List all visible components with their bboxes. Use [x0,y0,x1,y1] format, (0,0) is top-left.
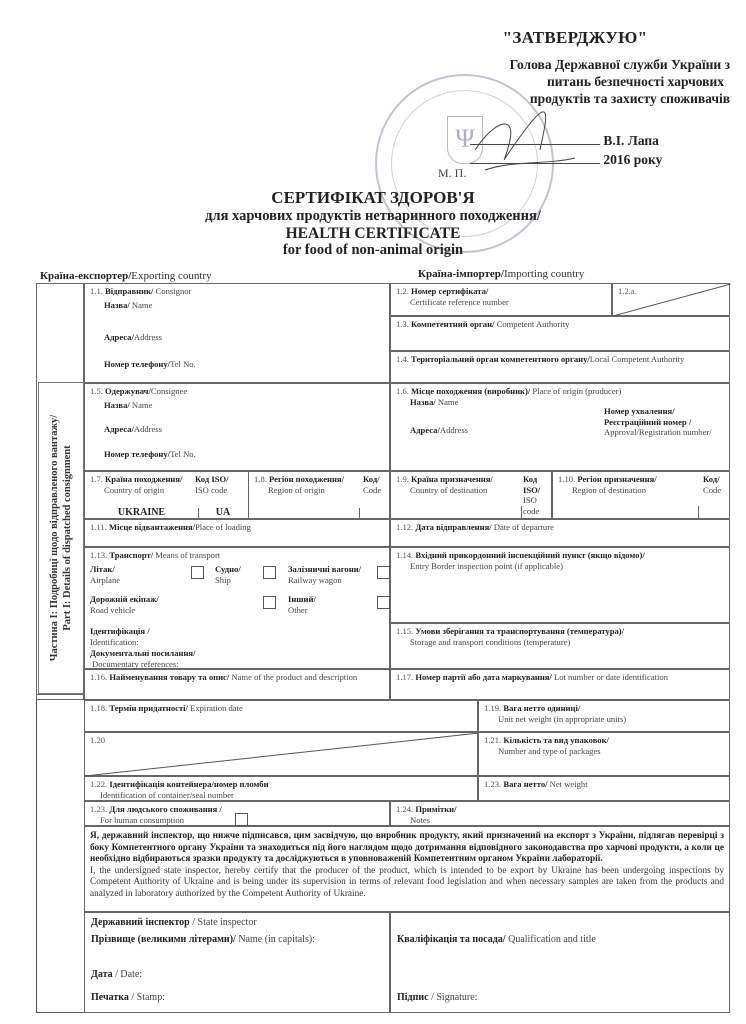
fields-f1-7-num-text: 1.7. [90,474,103,484]
diagonal-strike [613,284,731,317]
fields-f1-18-ua-text: Термін придатності/ [109,703,188,713]
fields-f1-7-ua-text: Країна походження/ [105,474,182,484]
importing-country-ua: Країна-імпортер/ [418,268,504,280]
fields-f1-22-num-text: 1.22. [90,779,107,789]
fields-f1-2-ua-text: Номер сертифіката/ [411,286,488,296]
approver-position-line1: Голова Державної служби України з [420,56,730,73]
inspector-qualification-field[interactable]: Кваліфікація та посада/ Qualification an… [397,933,723,946]
fields-f1-23a-ua-text: Вага нетто/ [503,779,547,789]
fields-f1-21-ua-text: Кількість та вид упаковок/ [503,735,609,745]
fields-f1-5-addr-ua-text: Адреса/ [104,424,134,434]
fields-f1-10-ua-text: Регіон призначення/ [577,474,656,484]
part1-label: Частина І: Подробиці щодо відправленого … [38,382,84,694]
field-product-name[interactable]: 1.16. Найменування товару та опис/ Name … [84,669,390,700]
field-1-20: 1.20 [84,732,478,776]
fields-f1-24-num-text: 1.24. [396,804,413,814]
field-lot-number[interactable]: 1.17. Номер партії або дата маркування/ … [390,669,730,700]
inspector-heading: Державний інспектор / State inspector [91,916,383,929]
fields-f1-16-num-text: 1.16. [90,672,107,682]
fields-f1-23a-num-text: 1.23. [484,779,501,789]
inspector-section-right: Кваліфікація та посада/ Qualification an… [390,912,730,1013]
fields-f1-1-en-text: Consignor [153,286,191,296]
inspector-date-en-text: / Date: [113,969,142,980]
fields-f1-5-tel-ua-text: Номер телефону/ [104,449,170,459]
fields-f1-19-en-text: Unit net weight (in appropriate units) [498,714,724,725]
fields-f1-13-options-0-en-text: Airplane [90,575,120,586]
fields-f1-13-num-text: 1.13. [90,550,107,560]
part1-label-en: Part I: Details of dispatched consignmen… [61,415,74,661]
part1-label-ua: Частина І: Подробиці щодо відправленого … [48,415,61,661]
fields-f1-9-num-text: 1.9. [396,474,409,484]
fields-f1-19-num-text: 1.19. [484,703,501,713]
fields-f1-2-en-text: Certificate reference number [410,297,606,308]
fields-f1-8-num-text: 1.8. [254,474,267,484]
transport-other-label: Інший/Other [288,594,316,615]
fields-f1-6-ua-text: Місце походження (виробник)/ [411,386,530,396]
field-date-of-departure[interactable]: 1.12. Дата відправлення/ Date of departu… [390,519,730,547]
fields-f1-1-addr-en-text: Address [134,332,162,342]
fields-f1-3-ua-text: Компетентний орган/ [411,319,494,329]
fields-f1-1-tel-en-text: Tel No. [170,359,196,369]
inspector-name-en-text: Name (in capitals): [236,934,315,945]
fields-f1-6-num-text: 1.6. [396,386,409,396]
inspector-name-ua-text: Прізвище (великими літерами)/ [91,934,236,945]
fields-f1-21-en-text: Number and type of packages [498,746,724,757]
field-certificate-number[interactable]: 1.2. Номер сертифіката/ Certificate refe… [390,283,612,316]
signature-underline [470,144,600,145]
approval-heading: "ЗАТВЕРДЖУЮ" [420,28,730,48]
transport-airplane-label: Літак/Airplane [90,564,120,585]
field-local-competent-authority[interactable]: 1.4. Територіальний орган компетентного … [390,351,730,383]
fields-f1-13-options-3-en-text: Road vehicle [90,605,159,616]
fields-f1-13-options-2-ua-text: Залізничні вагони/ [288,564,361,575]
stamp-mark: М. П. [438,166,466,181]
transport-railway-label: Залізничні вагони/Railway wagon [288,564,361,585]
field-country-of-destination[interactable]: 1.9. Країна призначення/ Country of dest… [390,471,552,519]
fields-f1-6-approval-ua1-text: Номер ухвалення/ [604,406,724,417]
fields-f1-3-num-text: 1.3. [396,319,409,329]
fields-f1-7-iso-ua-text: Код ISO/ [195,474,229,484]
fields-f1-10-code-en-text: Code [703,485,721,496]
fields-f1-11-en-text: Place of loading [195,522,251,532]
diagonal-strike [85,733,479,777]
fields-f1-1-ua-text: Відправник/ [105,286,153,296]
approval-year: 2016 року [603,152,662,167]
field-region-of-origin[interactable]: 1.8. Регіон походження/ Region of origin… [248,471,390,519]
transport-ship-label: Судно/Ship [215,564,241,585]
checkbox-road-vehicle[interactable] [263,596,276,609]
fields-f1-13-options-4-en-text: Other [288,605,316,616]
fields-f1-13-options-0-ua-text: Літак/ [90,564,120,575]
field-place-of-loading[interactable]: 1.11. Місце відвантаження/Place of loadi… [84,519,390,547]
fields-f1-10-code-ua-text: Код/ [703,474,720,484]
fields-f1-24-en-text: Notes [410,815,724,826]
inspector-name-field[interactable]: Прізвище (великими літерами)/ Name (in c… [91,933,383,946]
fields-f1-17-ua-text: Номер партії або дата маркування/ [415,672,551,682]
approval-block: "ЗАТВЕРДЖУЮ" Голова Державної служби Укр… [420,28,730,107]
field-means-of-transport: 1.13. Транспорт/ Means of transport Літа… [84,547,390,669]
fields-f1-18-en-text: Expiration date [188,703,243,713]
fields-f1-1-num-text: 1.1. [90,286,103,296]
field-country-of-origin[interactable]: 1.7. Країна походження/ Country of origi… [84,471,248,519]
declaration-ua: Я, державний інспектор, що нижче підписа… [90,831,724,866]
exporting-country-label: Країна-експортер/Exporting country [40,270,212,282]
fields-f1-1-name-en-text: Name [130,300,153,310]
fields-f1-23b-ua-text: Для людського споживання / [109,804,221,814]
field-expiration-date[interactable]: 1.18. Термін придатності/ Expiration dat… [84,700,478,732]
field-competent-authority[interactable]: 1.3. Компетентний орган/ Competent Autho… [390,316,730,351]
inspector-heading-en-text: / State inspector [190,917,257,928]
exporting-country-ua: Країна-експортер/ [40,270,131,282]
fields-f1-15-num-text: 1.15. [396,626,413,636]
fields-f1-14-num-text: 1.14. [396,550,413,560]
importing-country-label: Країна-імпортер/Importing country [418,268,584,280]
fields-f1-13-ua-text: Транспорт/ [109,550,153,560]
field-unit-net-weight[interactable]: 1.19. Вага нетто одиниці/ Unit net weigh… [478,700,730,732]
inspector-stamp-field[interactable]: Печатка / Stamp: [91,991,383,1004]
field-packages[interactable]: 1.21. Кількість та вид упаковок/ Number … [478,732,730,776]
signer-name: В.І. Лапа [603,133,659,148]
transport-road-label: Дорожній екіпаж/Road vehicle [90,594,159,615]
fields-f1-2-num-text: 1.2. [396,286,409,296]
checkbox-other[interactable] [377,596,390,609]
fields-f1-24-ua-text: Примітки/ [415,804,456,814]
fields-f1-6-addr-en-text: Address [440,425,468,435]
fields-f1-1-tel-ua-text: Номер телефону/ [104,359,170,369]
fields-f1-4-num-text: 1.4. [396,354,409,364]
inspector-section-left: Державний інспектор / State inspector Пр… [84,912,390,1013]
field-region-of-destination[interactable]: 1.10. Регіон призначення/ Region of dest… [552,471,730,519]
fields-f1-6-approval-ua2-text: Реєстраційний номер / [604,417,724,428]
fields-f1-11-num-text: 1.11. [90,522,107,532]
fields-f1-14-en-text: Entry Border inspection point (if applic… [410,561,724,572]
inspector-date-ua-text: Дата [91,969,113,980]
approver-position-line2: питань безпечності харчових [420,73,730,90]
fields-f1-13-options-4-ua-text: Інший/ [288,594,316,605]
declaration-en: I, the undersigned state inspector, here… [90,866,724,901]
inspector-qual-ua-text: Кваліфікація та посада/ [397,934,506,945]
fields-f1-8-ua-text: Регіон походження/ [269,474,344,484]
approver-position: Голова Державної служби України з питань… [420,56,730,107]
field-notes[interactable]: 1.24. Примітки/ Notes [390,801,730,826]
fields-f1-21-num-text: 1.21. [484,735,501,745]
fields-f1-15-en-text: Storage and transport conditions (temper… [410,637,724,648]
fields-f1-5-name-en-text: Name [130,400,153,410]
fields-f1-13-options-2-en-text: Railway wagon [288,575,361,586]
importing-country-en: Importing country [504,268,584,280]
fields-f1-22-en-text: Identification of container/seal number [100,790,472,801]
transport-documentary-references[interactable]: Документальні посилання/Documentary refe… [90,648,195,669]
title-en-subtitle: for food of non-animal origin [120,242,626,259]
fields-f1-15-ua-text: Умови зберігання та транспортування (тем… [415,626,624,636]
fields-f1-13-options-1-ua-text: Судно/ [215,564,241,575]
fields-f1-1-name-ua-text: Назва/ [104,300,130,310]
field-container-id[interactable]: 1.22. Ідентифікація контейнера/номер пло… [84,776,478,801]
fields-f1-6-name-en-text: Name [436,397,459,407]
fields-f1-9-ua-text: Країна призначення/ [411,474,493,484]
inspector-declaration: Я, державний інспектор, що нижче підписа… [84,826,730,912]
fields-f1-5-num-text: 1.5. [90,386,103,396]
approval-date-line: 2016 року [470,152,730,168]
fields-f1-12-ua-text: Дата відправлення/ [415,522,491,532]
approver-position-line3: продуктів та захисту споживачів [420,90,730,107]
fields-f1-13-options-1-en-text: Ship [215,575,241,586]
origin-iso-value: UA [198,508,248,519]
transport-identification[interactable]: Ідентифікація /Identification: [90,626,150,647]
fields-f1-5-tel-en-text: Tel No. [170,449,196,459]
fields-f1-23a-en-text: Net weight [548,779,588,789]
field-human-consumption: 1.23. Для людського споживання / For hum… [84,801,390,826]
fields-f1-10-num-text: 1.10. [558,474,575,484]
inspector-signature-field[interactable]: Підпис / Signature: [397,991,723,1004]
inspector-heading-ua-text: Державний інспектор [91,917,190,928]
fields-f1-3-en-text: Competent Authority [494,319,569,329]
exporting-country-en: Exporting country [131,270,211,282]
fields-f1-6-en-text: Place of origin (producer) [530,386,621,396]
fields-f1-23b-num-text: 1.23. [90,804,107,814]
origin-country-value: UKRAINE [85,508,199,519]
fields-f1-17-num-text: 1.17. [396,672,413,682]
fields-f1-6-addr-ua-text: Адреса/ [410,425,440,435]
field-place-of-origin[interactable]: 1.6. Місце походження (виробник)/ Place … [390,383,730,471]
field-consignor[interactable]: 1.1. Відправник/ Consignor Назва/ Name А… [84,283,390,383]
field-consignee[interactable]: 1.5. Одержувач/Consignee Назва/ Name Адр… [84,383,390,471]
fields-f1-13-ident-ua-text: Ідентифікація / [90,626,150,637]
fields-f1-11-ua-text: Місце відвантаження/ [109,522,195,532]
title-ua-subtitle: для харчових продуктів нетваринного похо… [120,208,626,225]
checkbox-ship[interactable] [263,566,276,579]
fields-f1-13-ident-en-text: Identification: [90,637,150,648]
fields-f1-19-ua-text: Вага нетто одиниці/ [503,703,580,713]
field-1-2a: 1.2.а. [612,283,730,316]
part-label-column-bottom [36,669,84,700]
title-en: HEALTH CERTIFICATE [120,225,626,242]
fields-f1-9-iso-ua-text: Код ISO/ [523,474,540,495]
inspector-date-field[interactable]: Дата / Date: [91,968,383,981]
fields-f1-18-num-text: 1.18. [90,703,107,713]
fields-f1-8-code-en-text: Code [363,485,381,496]
title-ua: СЕРТИФІКАТ ЗДОРОВ'Я [120,188,626,208]
date-underline [470,163,600,164]
fields-f1-7-iso-en-text: ISO code [195,485,229,496]
fields-f1-13-options-3-ua-text: Дорожній екіпаж/ [90,594,159,605]
fields-f1-16-en-text: Name of the product and description [229,672,357,682]
fields-f1-6-name-ua-text: Назва/ [410,397,436,407]
inspector-sign-en-text: / Signature: [429,992,478,1003]
fields-f1-13-docs-ua-text: Документальні посилання/ [90,648,195,659]
fields-f1-6-approval-en-text: Approval/Registration number/ [604,427,724,438]
fields-f1-5-addr-en-text: Address [134,424,162,434]
checkbox-airplane[interactable] [191,566,204,579]
inspector-stamp-ua-text: Печатка [91,992,129,1003]
fields-f1-14-ua-text: Вхідний прикордонний інспекційний пункт … [415,550,644,560]
fields-f1-5-name-ua-text: Назва/ [104,400,130,410]
inspector-qual-en-text: Qualification and title [506,934,596,945]
fields-f1-8-code-ua-text: Код/ [363,474,380,484]
fields-f1-4-ua-text: Територіальний орган компетентного орган… [411,354,590,364]
fields-f1-4-en-text: Local Competent Authority [590,354,685,364]
inspector-stamp-en-text: / Stamp: [129,992,165,1003]
fields-f1-13-docs-en-text: Documentary references: [92,659,195,670]
fields-f1-13-en-text: Means of transport [153,550,220,560]
field-entry-border-point[interactable]: 1.14. Вхідний прикордонний інспекційний … [390,547,730,623]
fields-f1-5-en-text: Consignee [151,386,187,396]
checkbox-railway[interactable] [377,566,390,579]
field-storage-conditions[interactable]: 1.15. Умови зберігання та транспортуванн… [390,623,730,669]
fields-f1-16-ua-text: Найменування товару та опис/ [109,672,229,682]
inspector-sign-ua-text: Підпис [397,992,429,1003]
fields-f1-1-addr-ua-text: Адреса/ [104,332,134,342]
fields-f1-17-en-text: Lot number or date identification [552,672,668,682]
checkbox-human-consumption[interactable] [235,813,248,826]
fields-f1-22-ua-text: Ідентифікація контейнера/номер пломби [109,779,268,789]
document-title: СЕРТИФІКАТ ЗДОРОВ'Я для харчових продукт… [120,188,626,259]
signer-line: В.І. Лапа [470,133,730,149]
fields-f1-10-en-text: Region of destination [572,485,724,496]
fields-f1-12-en-text: Date of departure [492,522,554,532]
fields-f1-9-iso-en-text: ISO code [523,495,551,516]
field-net-weight[interactable]: 1.23. Вага нетто/ Net weight [478,776,730,801]
fields-f1-5-ua-text: Одержувач/ [105,386,151,396]
fields-f1-12-num-text: 1.12. [396,522,413,532]
